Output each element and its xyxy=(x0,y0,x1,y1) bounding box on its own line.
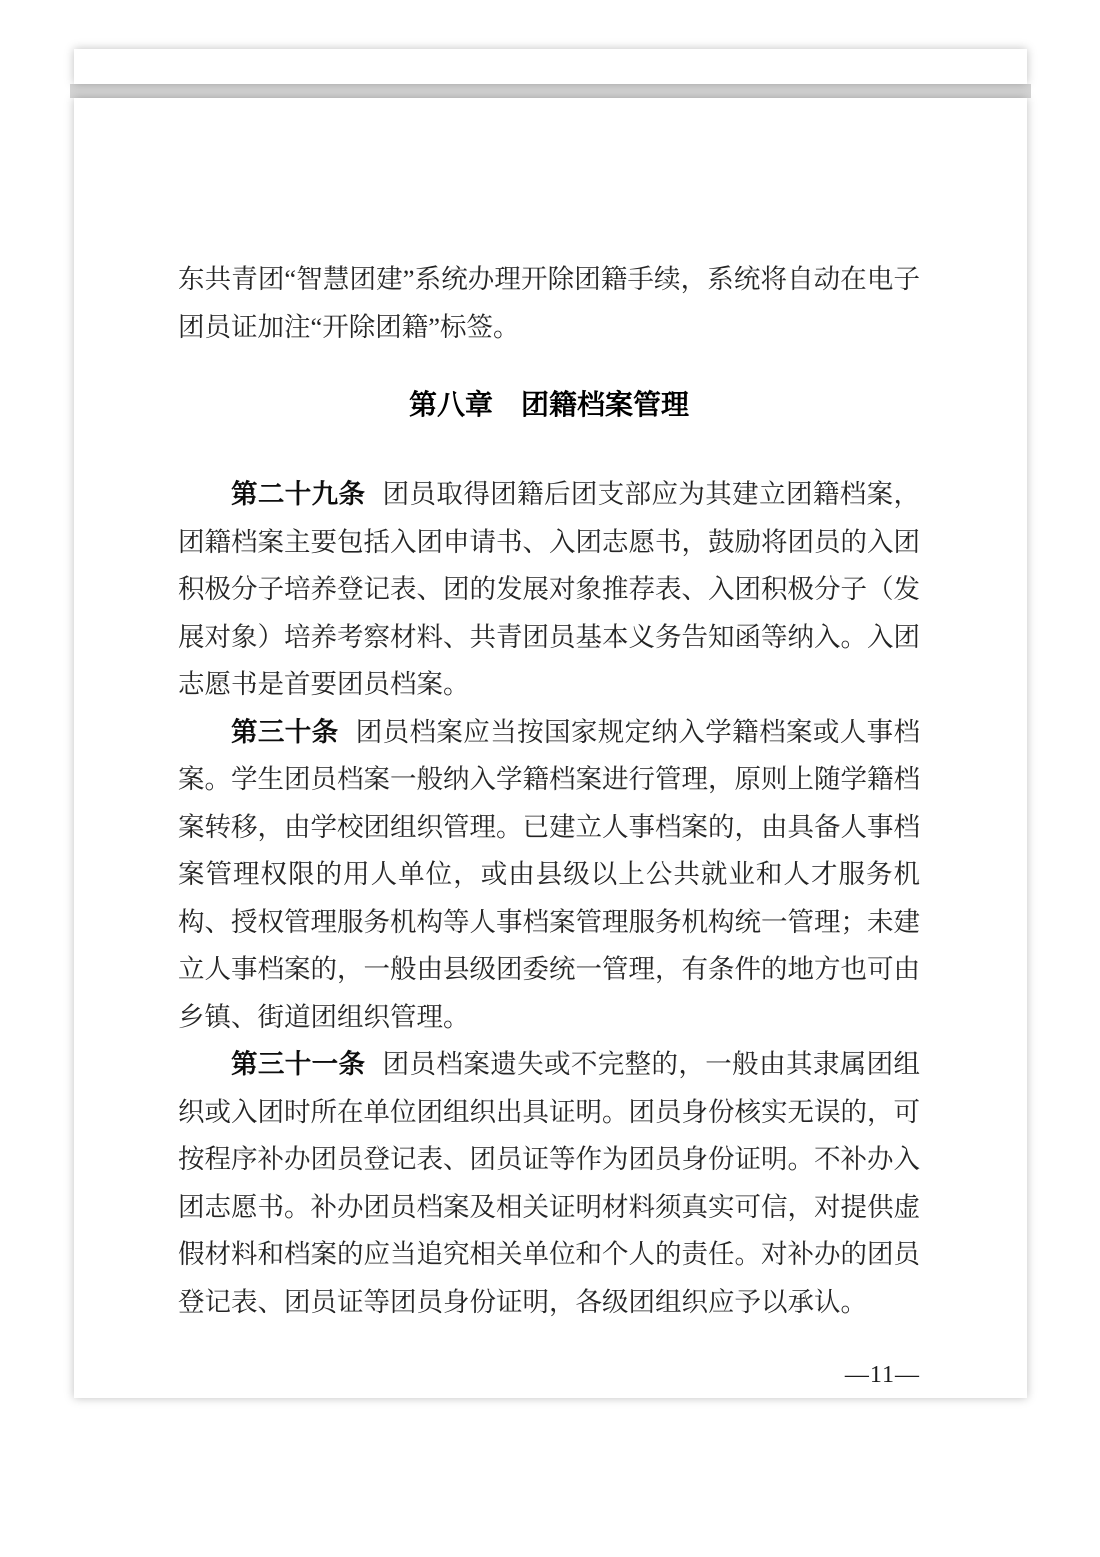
article-number-label: 第二十九条 xyxy=(231,479,365,509)
article-number-label: 第三十一条 xyxy=(231,1049,365,1079)
chapter-heading: 第八章 团籍档案管理 xyxy=(178,381,920,429)
article-number-label: 第三十条 xyxy=(231,717,339,747)
continuation-paragraph: 东共青团“智慧团建”系统办理开除团籍手续，系统将自动在电子团员证加注“开除团籍”… xyxy=(178,256,920,351)
page-gap xyxy=(70,84,1031,98)
article-text: 团员档案遗失或不完整的，一般由其隶属团组织或入团时所在单位团组织出具证明。团员身… xyxy=(178,1049,920,1317)
previous-page-fragment xyxy=(74,49,1027,84)
article-paragraph: 第三十条团员档案应当按国家规定纳入学籍档案或人事档案。学生团员档案一般纳入学籍档… xyxy=(178,709,920,1042)
document-viewer: 东共青团“智慧团建”系统办理开除团籍手续，系统将自动在电子团员证加注“开除团籍”… xyxy=(0,0,1100,1557)
article-paragraph: 第二十九条团员取得团籍后团支部应为其建立团籍档案，团籍档案主要包括入团申请书、入… xyxy=(178,471,920,709)
page-number: —11— xyxy=(845,1362,920,1388)
article-text: 团员档案应当按国家规定纳入学籍档案或人事档案。学生团员档案一般纳入学籍档案进行管… xyxy=(178,717,920,1032)
article-paragraph: 第三十一条团员档案遗失或不完整的，一般由其隶属团组织或入团时所在单位团组织出具证… xyxy=(178,1041,920,1326)
document-page: 东共青团“智慧团建”系统办理开除团籍手续，系统将自动在电子团员证加注“开除团籍”… xyxy=(74,98,1027,1398)
article-text: 团员取得团籍后团支部应为其建立团籍档案，团籍档案主要包括入团申请书、入团志愿书，… xyxy=(178,479,920,699)
